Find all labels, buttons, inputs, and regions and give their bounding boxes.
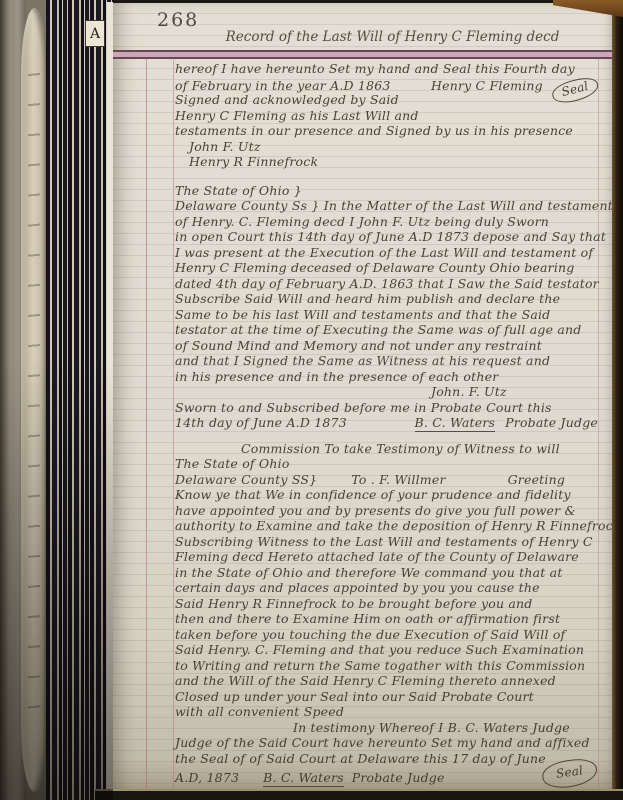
manuscript-line: Henry C Fleming as his Last Will and bbox=[175, 108, 598, 124]
commission-section: Commission To take Testimony of Witness … bbox=[175, 441, 598, 720]
testator-signature: Henry C Fleming bbox=[431, 78, 543, 94]
testimonium-signature-line: A.D, 1873 B. C. Waters Probate Judge Sea… bbox=[175, 766, 598, 782]
manuscript-line: Closed up under your Seal into our Said … bbox=[175, 689, 598, 705]
index-tab: A bbox=[85, 20, 105, 47]
manuscript-line: and the Will of the Said Henry C Fleming… bbox=[175, 673, 598, 689]
manuscript-line: The State of Ohio } bbox=[175, 183, 598, 199]
manuscript-line: Subscribe Said Will and heard him publis… bbox=[175, 291, 598, 307]
manuscript-line: testator at the time of Executing the Sa… bbox=[175, 322, 598, 338]
manuscript-line: Delaware County SS} bbox=[175, 472, 317, 488]
manuscript-line: Subscribing Witness to the Last Will and… bbox=[175, 534, 598, 550]
manuscript-line: have appointed you and by presents do gi… bbox=[175, 503, 598, 519]
testimonium-section: In testimony Whereof I B. C. Waters Judg… bbox=[175, 720, 598, 782]
manuscript-line: in the State of Ohio and therefore We co… bbox=[175, 565, 598, 581]
manuscript-line: in his presence and in the presence of e… bbox=[175, 369, 598, 385]
manuscript-line: taken before you touching the due Execut… bbox=[175, 627, 598, 643]
manuscript-line: testaments in our presence and Signed by… bbox=[175, 123, 598, 139]
jurat-section: Sworn to and Subscribed before me in Pro… bbox=[175, 400, 598, 431]
manuscript-line: in open Court this 14th day of June A.D … bbox=[175, 229, 598, 245]
book-right-edge bbox=[612, 0, 623, 800]
section-gap bbox=[175, 431, 598, 441]
manuscript-line: In testimony Whereof I B. C. Waters Judg… bbox=[293, 720, 598, 736]
manuscript-line: Said Henry R Finnefrock to be brought be… bbox=[175, 596, 598, 612]
manuscript-line: 14th day of June A.D 1873 bbox=[175, 415, 347, 431]
manuscript-line: Judge of the Said Court have hereunto Se… bbox=[175, 735, 598, 751]
section-gap bbox=[175, 170, 598, 183]
book-spine: A bbox=[0, 0, 113, 800]
judge-signature: B. C. Waters bbox=[263, 770, 344, 787]
manuscript-line: Signed and acknowledged by Said bbox=[175, 92, 598, 108]
seal-label: Seal bbox=[555, 763, 584, 781]
witness-signature: Henry R Finnefrock bbox=[189, 154, 598, 170]
page-number: 268 bbox=[157, 9, 199, 31]
commission-greeting: Greeting bbox=[508, 472, 565, 488]
record-header: Record of the Last Will of Henry C Flemi… bbox=[193, 29, 592, 45]
manuscript-line: Said Henry. C. Fleming and that you redu… bbox=[175, 642, 598, 658]
manuscript-line: dated 4th day of February A.D. 1863 that… bbox=[175, 276, 598, 292]
commission-addressee: To . F. Willmer bbox=[351, 472, 445, 488]
witness-signature: John. F. Utz bbox=[431, 384, 598, 400]
commission-title: Commission To take Testimony of Witness … bbox=[241, 441, 598, 457]
attestation-section: hereof I have hereunto Set my hand and S… bbox=[175, 61, 598, 170]
manuscript-line: the Seal of of Said Court at Delaware th… bbox=[175, 751, 598, 767]
manuscript-line: and that I Signed the Same as Witness at… bbox=[175, 353, 598, 369]
manuscript-line: The State of Ohio bbox=[175, 456, 598, 472]
manuscript-line: Same to be his last Will and testaments … bbox=[175, 307, 598, 323]
manuscript-line: with all convenient Speed bbox=[175, 704, 598, 720]
manuscript-line: of Henry. C. Fleming decd I John F. Utz … bbox=[175, 214, 598, 230]
judge-signature: B. C. Waters bbox=[415, 415, 496, 432]
ledger-page: 268 Record of the Last Will of Henry C F… bbox=[113, 3, 612, 790]
manuscript-content: hereof I have hereunto Set my hand and S… bbox=[175, 61, 598, 782]
manuscript-line: of Sound Mind and Memory and not under a… bbox=[175, 338, 598, 354]
left-margin-line-inner bbox=[173, 57, 174, 790]
manuscript-line: hereof I have hereunto Set my hand and S… bbox=[175, 61, 598, 77]
manuscript-line: A.D, 1873 bbox=[175, 770, 239, 786]
manuscript-line: Delaware County Ss } In the Matter of th… bbox=[175, 198, 598, 214]
left-margin-line-outer bbox=[146, 57, 147, 790]
commission-address-line: Delaware County SS} To . F. Willmer Gree… bbox=[175, 472, 598, 488]
attestation-date-line: of February in the year A.D 1863 Henry C… bbox=[175, 77, 598, 93]
manuscript-line: authority to Examine and take the deposi… bbox=[175, 518, 598, 534]
judge-title: Probate Judge bbox=[352, 770, 445, 786]
book-bottom-edge bbox=[95, 789, 623, 800]
seal-label: Seal bbox=[560, 78, 590, 98]
witness-signature: John F. Utz bbox=[189, 139, 598, 155]
manuscript-line: of February in the year A.D 1863 bbox=[175, 78, 391, 94]
manuscript-line: then and there to Examine Him on oath or… bbox=[175, 611, 598, 627]
header-rule bbox=[113, 50, 612, 59]
manuscript-line: Fleming decd Hereto attached late of the… bbox=[175, 549, 598, 565]
curled-page-writing bbox=[28, 60, 40, 720]
manuscript-line: Know ye that We in confidence of your pr… bbox=[175, 487, 598, 503]
judge-title: Probate Judge bbox=[505, 415, 598, 431]
probate-testimony-section: The State of Ohio } Delaware County Ss }… bbox=[175, 183, 598, 400]
manuscript-line: to Writing and return the Same togather … bbox=[175, 658, 598, 674]
jurat-signature-line: 14th day of June A.D 1873 B. C. Waters P… bbox=[175, 415, 598, 431]
manuscript-line: Henry C Fleming deceased of Delaware Cou… bbox=[175, 260, 598, 276]
stacked-page-edges bbox=[46, 0, 113, 800]
right-margin-line bbox=[598, 57, 599, 790]
manuscript-line: I was present at the Execution of the La… bbox=[175, 245, 598, 261]
index-tab-label: A bbox=[90, 26, 100, 42]
manuscript-line: Sworn to and Subscribed before me in Pro… bbox=[175, 400, 598, 416]
manuscript-line: certain days and places appointed by you… bbox=[175, 580, 598, 596]
